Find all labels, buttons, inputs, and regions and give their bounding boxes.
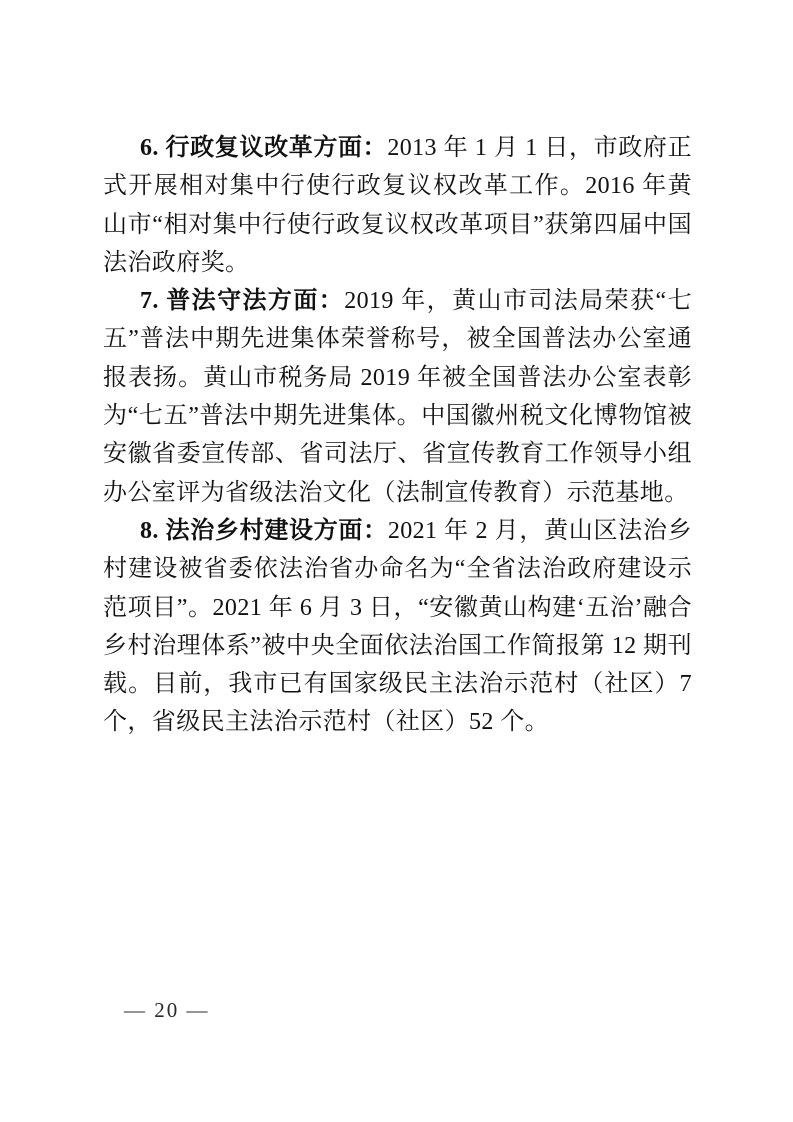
paragraph-6: 6. 行政复议改革方面：2013 年 1 月 1 日，市政府正式开展相对集中行使… (103, 129, 692, 282)
paragraph-6-heading: 6. 行政复议改革方面： (140, 135, 387, 161)
paragraph-7-heading: 7. 普法守法方面： (140, 288, 344, 314)
page-number: — 20 — (124, 996, 210, 1024)
paragraph-7: 7. 普法守法方面：2019 年，黄山市司法局荣获“七五”普法中期先进集体荣誉称… (103, 282, 692, 512)
document-body: 6. 行政复议改革方面：2013 年 1 月 1 日，市政府正式开展相对集中行使… (103, 129, 692, 742)
document-page: 6. 行政复议改革方面：2013 年 1 月 1 日，市政府正式开展相对集中行使… (0, 0, 793, 1122)
paragraph-8-body: 2021 年 2 月，黄山区法治乡村建设被省委依法治省办命名为“全省法治政府建设… (103, 518, 692, 735)
paragraph-7-body: 2019 年，黄山市司法局荣获“七五”普法中期先进集体荣誉称号，被全国普法办公室… (103, 288, 692, 505)
paragraph-8-heading: 8. 法治乡村建设方面： (140, 518, 388, 544)
paragraph-8: 8. 法治乡村建设方面：2021 年 2 月，黄山区法治乡村建设被省委依法治省办… (103, 512, 692, 742)
